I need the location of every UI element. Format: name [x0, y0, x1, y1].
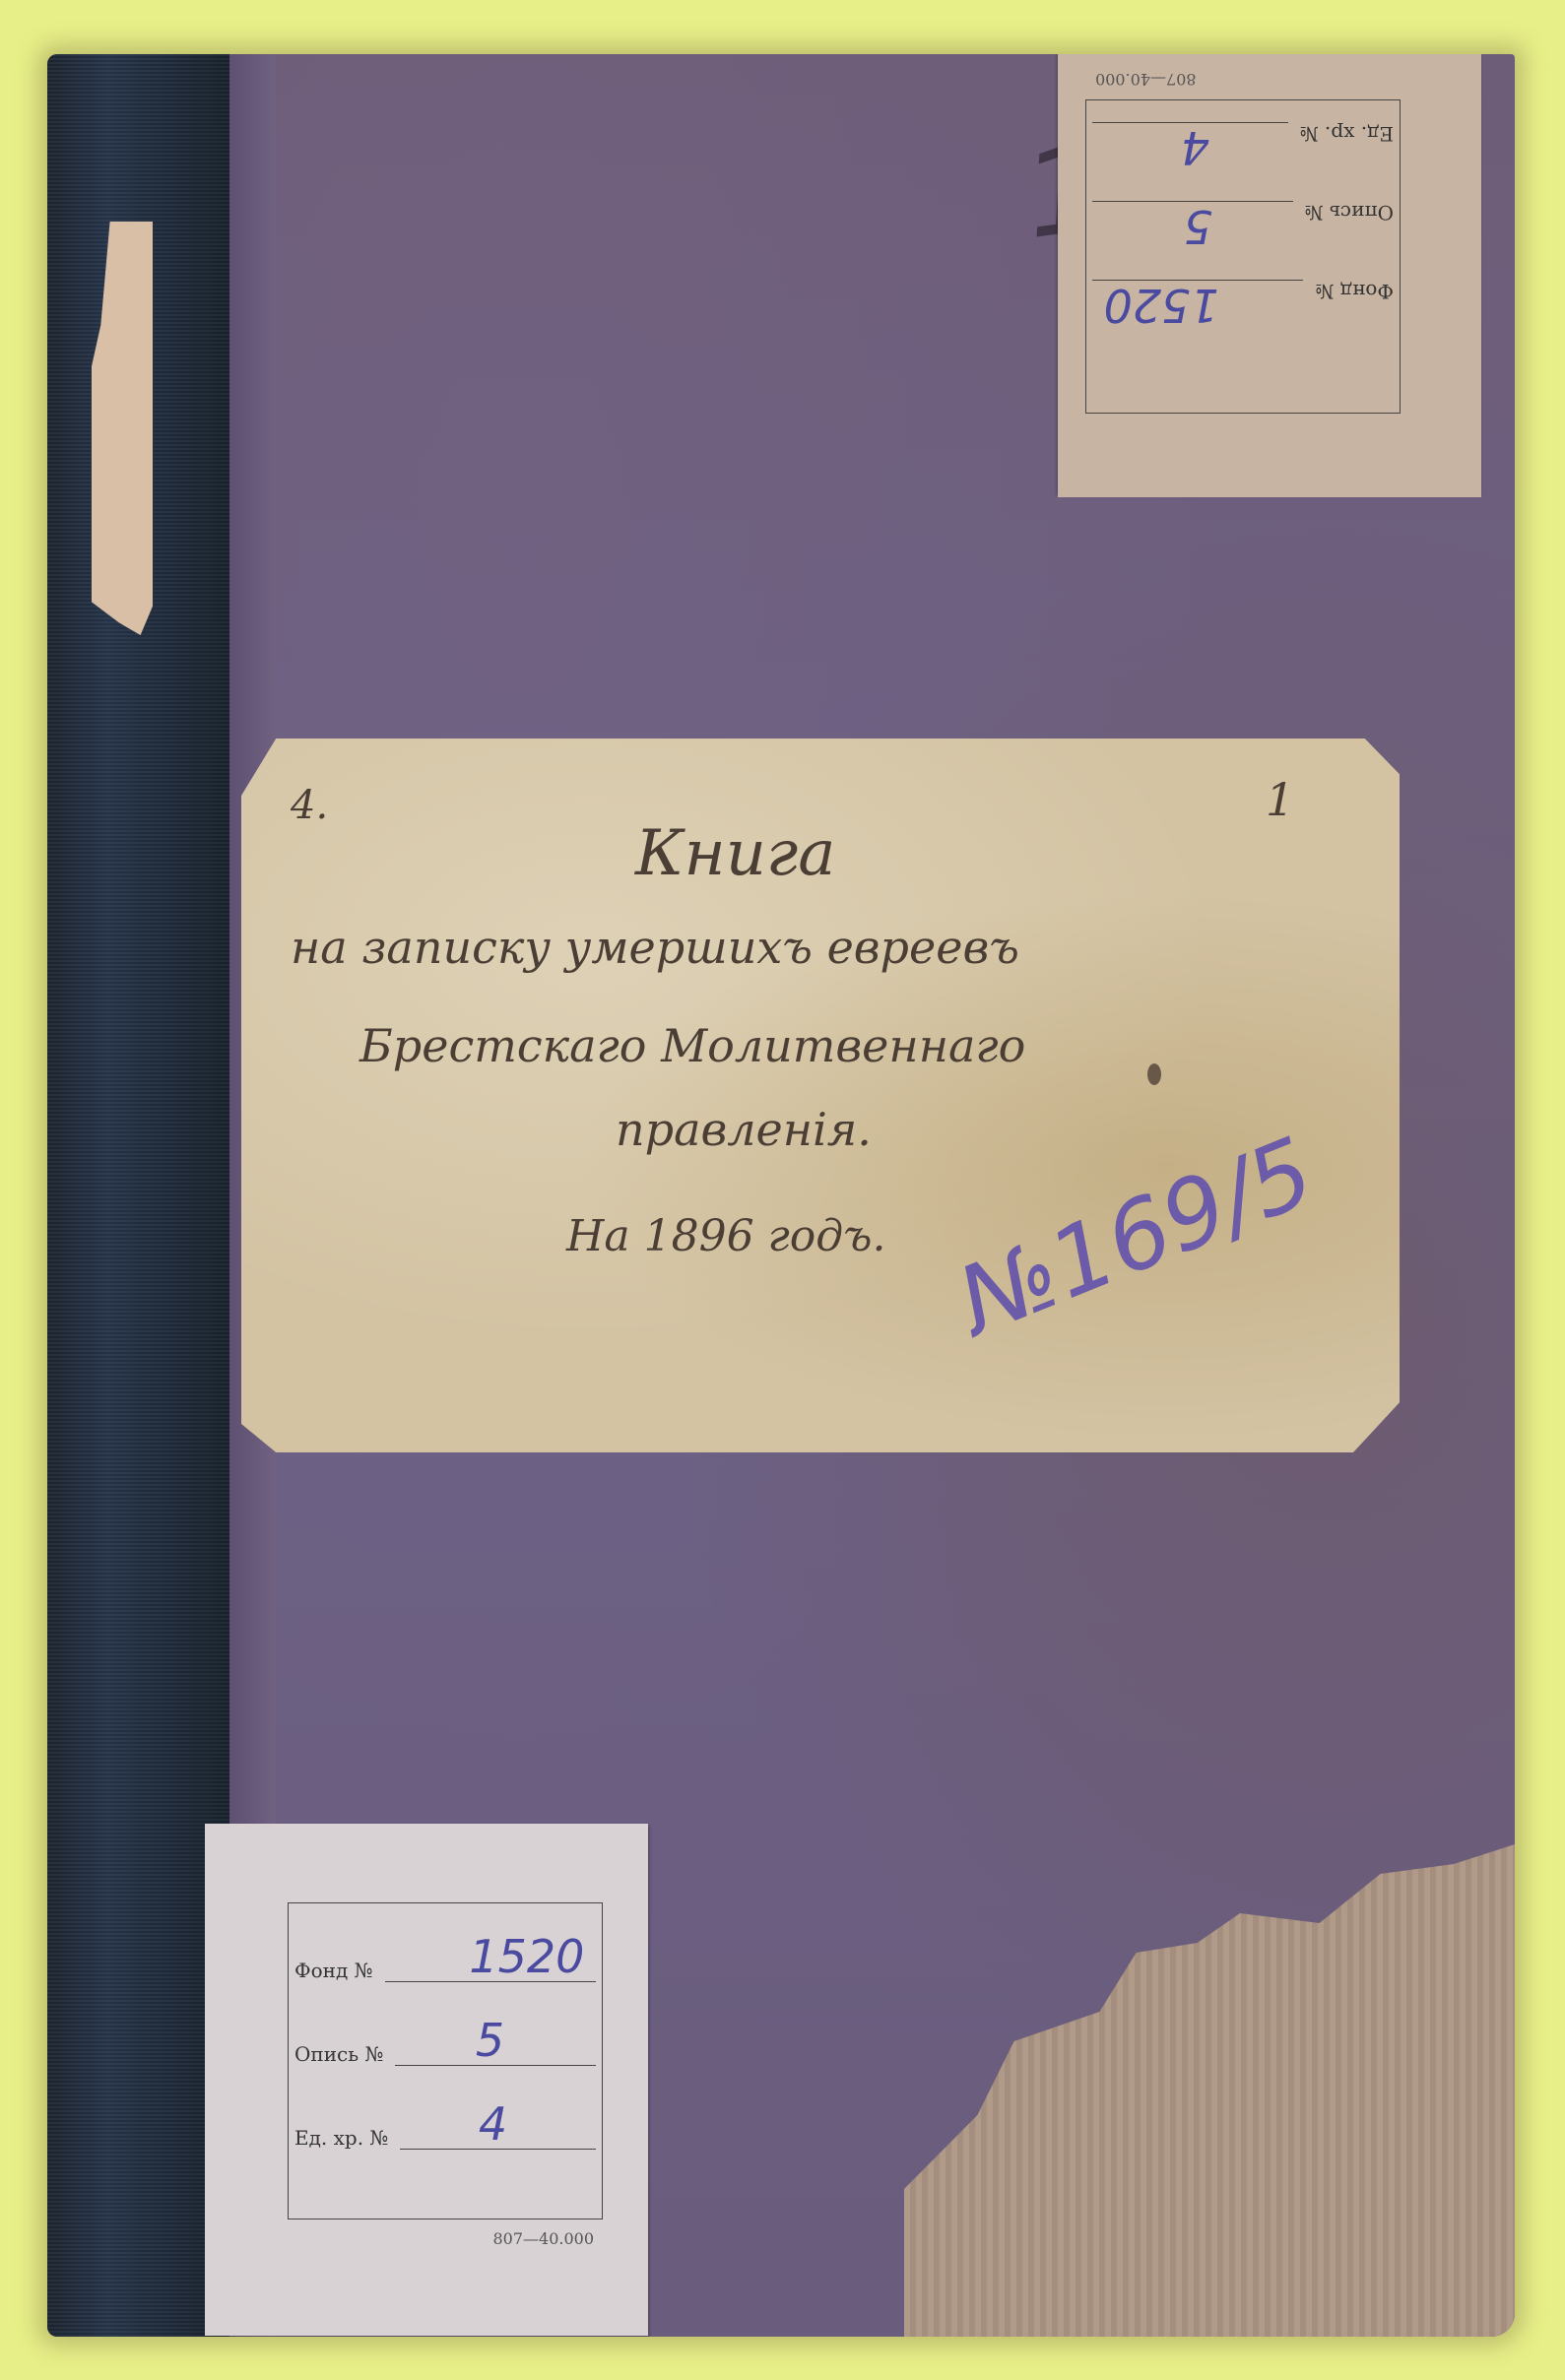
book-cover: 171 Фонд № 1520 Опись № 5 Ед. хр. № 4 80…: [47, 54, 1515, 2337]
print-code: 807—40.000: [1095, 70, 1197, 89]
main-title-label: 4. 1 Книга на записку умершихъ евреевъ Б…: [241, 739, 1400, 1452]
archive-card-top: Фонд № 1520 Опись № 5 Ед. хр. № 4 807—40…: [1058, 54, 1481, 497]
ed-hr-label: Ед. хр. №: [1300, 122, 1394, 146]
opis-label: Опись №: [294, 2042, 383, 2066]
ed-hr-value: 4: [1181, 125, 1209, 170]
right-mark: 1: [1266, 773, 1294, 826]
opis-value: 5: [476, 2018, 504, 2063]
fond-line: 1520: [385, 1942, 596, 1982]
card-row-fond: Фонд № 1520: [1092, 280, 1394, 319]
label-title: Книга: [635, 817, 835, 890]
corner-mark: 4.: [291, 783, 328, 828]
fond-label: Фонд №: [1315, 280, 1394, 303]
card-frame: Фонд № 1520 Опись № 5 Ед. хр. № 4: [288, 1902, 603, 2219]
opis-line: 5: [1092, 201, 1293, 241]
card-row-ed-hr: Ед. хр. № 4: [1092, 122, 1394, 161]
card-row-opis: Опись № 5: [294, 2026, 596, 2066]
opis-value: 5: [1184, 204, 1212, 249]
ed-hr-label: Ед. хр. №: [294, 2126, 388, 2150]
print-code: 807—40.000: [492, 2229, 594, 2248]
card-row-fond: Фонд № 1520: [294, 1943, 596, 1982]
opis-label: Опись №: [1305, 201, 1394, 225]
label-line-1: на записку умершихъ евреевъ: [291, 921, 1019, 974]
ink-spot: [1147, 1063, 1161, 1085]
label-line-3: правленія.: [616, 1103, 872, 1156]
card-row-opis: Опись № 5: [1092, 201, 1394, 240]
card-row-ed-hr: Ед. хр. № 4: [294, 2110, 596, 2150]
ed-hr-line: 4: [1092, 122, 1288, 162]
fond-line: 1520: [1092, 280, 1303, 320]
card-frame: Фонд № 1520 Опись № 5 Ед. хр. № 4: [1085, 99, 1401, 414]
inventory-number: №169/5: [944, 1117, 1329, 1358]
ed-hr-line: 4: [400, 2109, 596, 2150]
label-year: На 1896 годъ.: [566, 1211, 885, 1261]
label-line-2: Брестскаго Молитвеннаго: [359, 1019, 1025, 1072]
fond-label: Фонд №: [294, 1959, 373, 1982]
opis-line: 5: [395, 2026, 596, 2066]
fond-value: 1520: [469, 1934, 584, 1979]
archive-card-bottom: Фонд № 1520 Опись № 5 Ед. хр. № 4 807—40…: [205, 1824, 648, 2336]
fond-value: 1520: [1104, 283, 1219, 328]
ed-hr-value: 4: [479, 2101, 507, 2147]
